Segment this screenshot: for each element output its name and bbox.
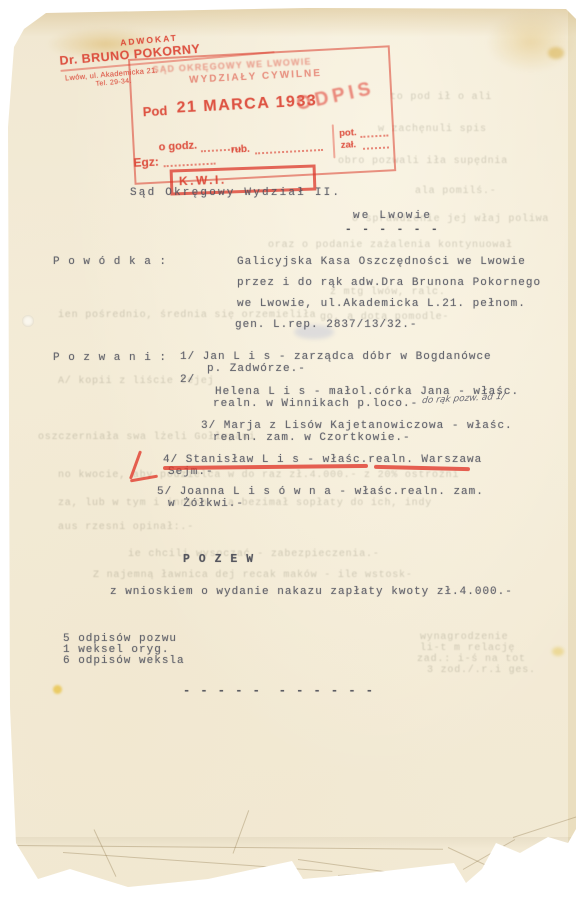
defendant-5-line: 5/ Joanna L i s ó w n a - właśc.realn. z… <box>157 487 484 498</box>
dashed-separator: - - - - - - - - - - - <box>183 686 374 697</box>
court-stamp-rub-label: rub. <box>231 144 250 156</box>
stamp-dotted-line <box>363 145 389 149</box>
bleedthrough-text: ala pomilś.- <box>415 186 497 197</box>
plaintiff-line: gen. L.rep. 2837/13/32.- <box>235 320 417 331</box>
defendant-2-line: realn. w Winnikach p.loco.- <box>213 399 418 410</box>
stain-yellow-dot-right <box>552 647 564 656</box>
court-stamp-hour-label: o godz. <box>158 140 197 154</box>
defendant-5-line: w Żółkwi.- <box>168 499 244 510</box>
court-division-heading: Sąd Okręgowy Wydział II. <box>130 188 341 199</box>
edge-shading-right <box>568 7 576 899</box>
crease-line <box>13 845 443 850</box>
defendant-1-line: 1/ Jan L i s - zarządca dóbr w Bogdanówc… <box>180 352 492 363</box>
document-paper: to pod ił o ali w zachęnuli spis obro po… <box>8 7 576 899</box>
plaintiff-line: Galicyjska Kasa Oszczędności we Lwowie <box>237 257 526 268</box>
stamp-divider-line <box>332 124 336 158</box>
hole-punch <box>22 315 34 327</box>
red-underline <box>163 464 368 470</box>
bleedthrough-text: wynagrodzenie <box>420 632 508 643</box>
claim-title: P O Z E W <box>183 554 254 565</box>
claim-line: z wnioskiem o wydanie nakazu zapłaty kwo… <box>110 587 513 598</box>
court-stamp-date-prefix: Pod <box>142 103 167 119</box>
court-stamp-zal-label: zał. <box>341 139 357 151</box>
bleedthrough-text: oraz o podanie zażalenia kontynuował <box>268 240 513 251</box>
bleedthrough-text: aus rzesni opinał:.- <box>58 522 194 533</box>
court-stamp-egz-label: Egz: <box>133 155 159 170</box>
stamp-dotted-line <box>255 148 323 155</box>
defendant-3-line: realn. zam. w Czortkowie.- <box>213 433 411 444</box>
plaintiff-label: P o w ó d k a : <box>53 257 167 268</box>
crease-line <box>513 815 576 838</box>
stain-top-right <box>486 11 576 73</box>
plaintiff-line: przez i do rąk adw.Dra Brunona Pokornego <box>237 278 541 289</box>
crease-line <box>94 829 117 877</box>
crease-line <box>463 839 515 870</box>
court-city-underline: - - - - - - <box>345 225 440 236</box>
crease-line <box>63 852 332 872</box>
bleedthrough-text: za, lub w tym i innych - a bezimał sopła… <box>58 498 432 509</box>
court-city: we Lwowie <box>353 211 432 222</box>
scan-background: to pod ił o ali w zachęnuli spis obro po… <box>0 0 576 916</box>
defendant-3-line: 3/ Marja z Lisów Kajetanowiczowa - właśc… <box>201 421 513 432</box>
court-stamp: SĄD OKRĘGOWY WE LWOWIE WYDZIAŁY CYWILNE … <box>128 45 396 185</box>
plaintiff-line: we Lwowie, ul.Akademicka L.21. pełnom. <box>237 299 526 310</box>
bleedthrough-text: w zachęnuli spis <box>378 124 487 135</box>
stain-right-dot <box>548 47 564 59</box>
stamp-dotted-line <box>164 162 216 168</box>
stain-yellow-dot-left <box>53 685 62 694</box>
bleedthrough-text: 3 zod./.r.i ges. <box>427 665 536 676</box>
bleedthrough-text: no kwocie, aby podzielca w do raz zł.4.0… <box>58 470 459 481</box>
court-stamp-pot-label: pot. <box>339 127 357 139</box>
bleedthrough-text: li-t m relację <box>420 643 515 654</box>
defendant-2-number: 2/ <box>180 375 195 386</box>
defendants-label: P o z w a n i : <box>53 353 167 364</box>
bleedthrough-text: Z najemną ławnica dej recak maków - ile … <box>93 570 413 581</box>
stain-top-band <box>8 7 576 37</box>
enclosure-line: 6 odpisów weksla <box>63 656 185 667</box>
stamp-dotted-line <box>360 133 388 137</box>
crease-line <box>338 869 458 876</box>
kwi-stamp-code: K.W.I. <box>179 173 227 189</box>
bleedthrough-text: zad.: i-ś na tot <box>417 654 526 665</box>
defendant-1-line: p. Zadwórze.- <box>207 364 306 375</box>
bleedthrough-text: to pod ił o ali <box>390 92 492 103</box>
